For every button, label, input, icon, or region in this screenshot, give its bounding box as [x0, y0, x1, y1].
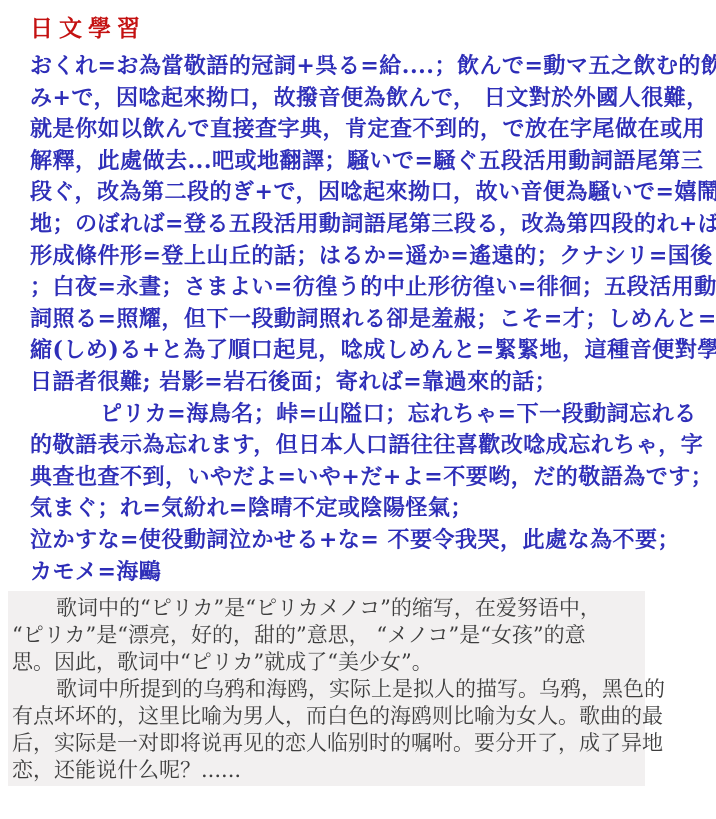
- note-line: 典查也查不到，いやだよ=いや+だ+よ=不要哟，だ的敬語為です；: [30, 462, 708, 494]
- note-line: 就是你如以飲んで直接查字典，肯定查不到的，で放在字尾做在或用: [30, 114, 708, 146]
- note-line: 泣かすな=使役動詞泣かせる+な= 不要令我哭，此處な為不要；: [30, 525, 708, 557]
- commentary-block: 歌词中的“ピリカ”是“ピリカメノコ”的缩写，在爱努语中， “ピリカ”是“漂亮，好…: [8, 591, 645, 786]
- note-line: 詞照る=照耀，但下一段動詞照れる卻是羞赧；こそ=才；しめんと=: [30, 304, 708, 336]
- note-line: 日語者很難; 岩影=岩石後面；寄れば=靠過來的話；: [30, 367, 708, 399]
- commentary-line: 歌词中的“ピリカ”是“ピリカメノコ”的缩写，在爱努语中，: [12, 595, 645, 622]
- note-line: 縮(しめ)る+と為了順口起見，唸成しめんと=緊緊地，這種音便對學: [30, 335, 708, 367]
- note-line: 気まぐ；れ=気紛れ=陰晴不定或陰陽怪氣；: [30, 493, 708, 525]
- note-line: 的敬語表示為忘れます，但日本人口語往往喜歡改唸成忘れちゃ，字: [30, 430, 708, 462]
- note-line: 段ぐ，改為第二段的ぎ+で，因唸起來拗口，故い音便為騒いで=嬉鬧: [30, 177, 708, 209]
- document-page: 日文學習 おくれ=お為當敬語的冠詞+呉る=給....；飲んで=動マ五之飲む的飲 …: [0, 0, 716, 819]
- note-line: カモメ=海鷗: [30, 557, 708, 589]
- note-line: 形成條件形=登上山丘的話；はるか=遥か=遙遠的；クナシリ=国後: [30, 241, 708, 273]
- note-line: 地；のぼれば=登る五段活用動詞語尾第三段る，改為第四段的れ+ば: [30, 209, 708, 241]
- commentary-line: “ピリカ”是“漂亮，好的，甜的”意思， “メノコ”是“女孩”的意: [12, 622, 645, 649]
- page-title: 日文學習: [30, 10, 146, 43]
- commentary-line: 有点坏坏的，这里比喻为男人，而白色的海鸥则比喻为女人。歌曲的最: [12, 703, 645, 730]
- commentary-line: 后，实际是一对即将说再见的恋人临别时的嘱咐。要分开了，成了异地: [12, 730, 645, 757]
- note-line: ピリカ=海鳥名；峠=山隘口；忘れちゃ=下一段動詞忘れる: [30, 399, 708, 431]
- commentary-line: 恋，还能说什么呢？......: [12, 757, 645, 784]
- japanese-study-notes: おくれ=お為當敬語的冠詞+呉る=給....；飲んで=動マ五之飲む的飲 み+で，因…: [30, 51, 708, 588]
- commentary-line: 歌词中所提到的乌鸦和海鸥，实际上是拟人的描写。乌鸦，黑色的: [12, 676, 645, 703]
- note-line: ；白夜=永晝；さまよい=彷徨う的中止形彷徨い=徘徊；五段活用動: [30, 272, 708, 304]
- note-line: おくれ=お為當敬語的冠詞+呉る=給....；飲んで=動マ五之飲む的飲: [30, 51, 708, 83]
- note-line: み+で，因唸起來拗口，故撥音便為飲んで， 日文對於外國人很難，: [30, 83, 708, 115]
- note-line: 解釋，此處做去...吧或地翻譯；騒いで=騒ぐ五段活用動詞語尾第三: [30, 146, 708, 178]
- commentary-line: 思。因此，歌词中“ピリカ”就成了“美少女”。: [12, 649, 645, 676]
